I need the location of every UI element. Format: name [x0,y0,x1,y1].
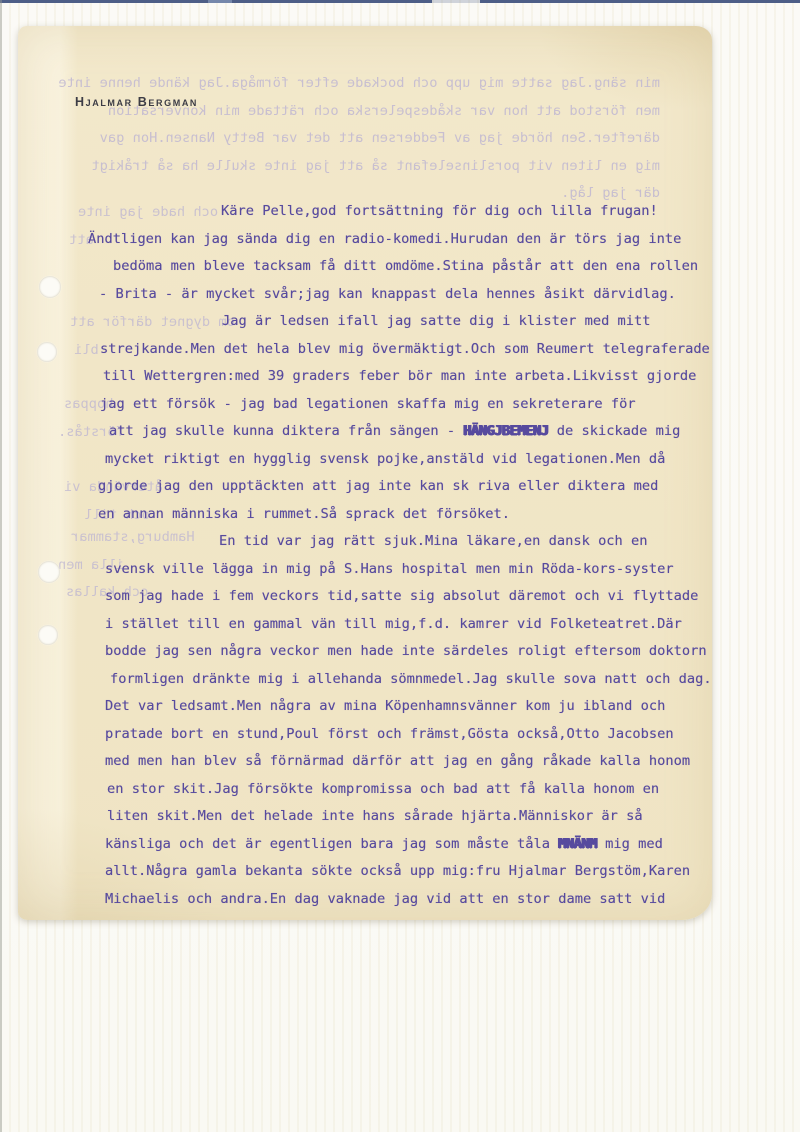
letter-line: som jag hade i fem veckors tid,satte sig… [105,589,698,603]
letter-line: liten skit.Men det helade inte hans såra… [107,809,643,823]
letter-line: med men han blev så förnärmad därför att… [105,754,690,768]
letter-line: svensk ville lägga in mig på S.Hans hosp… [105,562,674,576]
scanned-letter-page: Hjalmar Bergman min säng.Jag satte mig u… [0,0,800,1132]
letter-line: till Wettergren:med 39 graders feber bör… [103,369,696,383]
punch-hole [38,625,58,645]
letter-line: bodde jag sen några veckor men hade inte… [105,644,707,658]
letter-line: bedöma men bleve tacksam få ditt omdöme.… [113,259,698,273]
letter-line: - Brita - är mycket svår;jag kan knappas… [99,287,676,301]
letter-line: strejkande.Men det hela blev mig övermäk… [100,342,710,356]
letter-line: jag ett försök - jag bad legationen skaf… [100,397,636,411]
letter-line: Ändtligen kan jag sända dig en radio-kom… [88,232,681,246]
letter-line: känsliga och det är egentligen bara jag … [105,837,663,851]
letter-line: i stället till en gammal vän till mig,f.… [105,617,682,631]
punch-hole [39,276,61,298]
overtyped-strikeout: MNÄNM [558,836,597,852]
letter-line: Michaelis och andra.En dag vaknade jag v… [105,892,665,906]
letter-line: pratade bort en stund,Poul först och frä… [105,727,674,741]
letter-line: Käre Pelle,god fortsättning för dig och … [221,204,658,218]
letter-line: formligen dränkte mig i allehanda sömnme… [110,672,712,686]
punch-hole [37,342,57,362]
letter-line: Jag är ledsen ifall jag satte dig i klis… [222,314,651,328]
letter-line: en annan människa i rummet.Så sprack det… [98,507,510,521]
letter-line: gjorde jag den upptäckten att jag inte k… [98,479,658,493]
letter-line: En tid var jag rätt sjuk.Mina läkare,en … [219,534,648,548]
letter-line: en stor skit.Jag försökte kompromissa oc… [107,782,659,796]
overtyped-strikeout: HÄNGJBEMENJ [463,423,548,439]
letter-line: att jag skulle kunna diktera från sängen… [109,424,680,438]
letter-line: mycket riktigt en hygglig svensk pojke,a… [105,452,665,466]
letter-body: Käre Pelle,god fortsättning för dig och … [0,0,800,1132]
letter-line: allt.Några gamla bekanta sökte också upp… [105,864,690,878]
letter-line: Det var ledsamt.Men några av mina Köpenh… [105,699,665,713]
punch-hole [38,561,60,583]
